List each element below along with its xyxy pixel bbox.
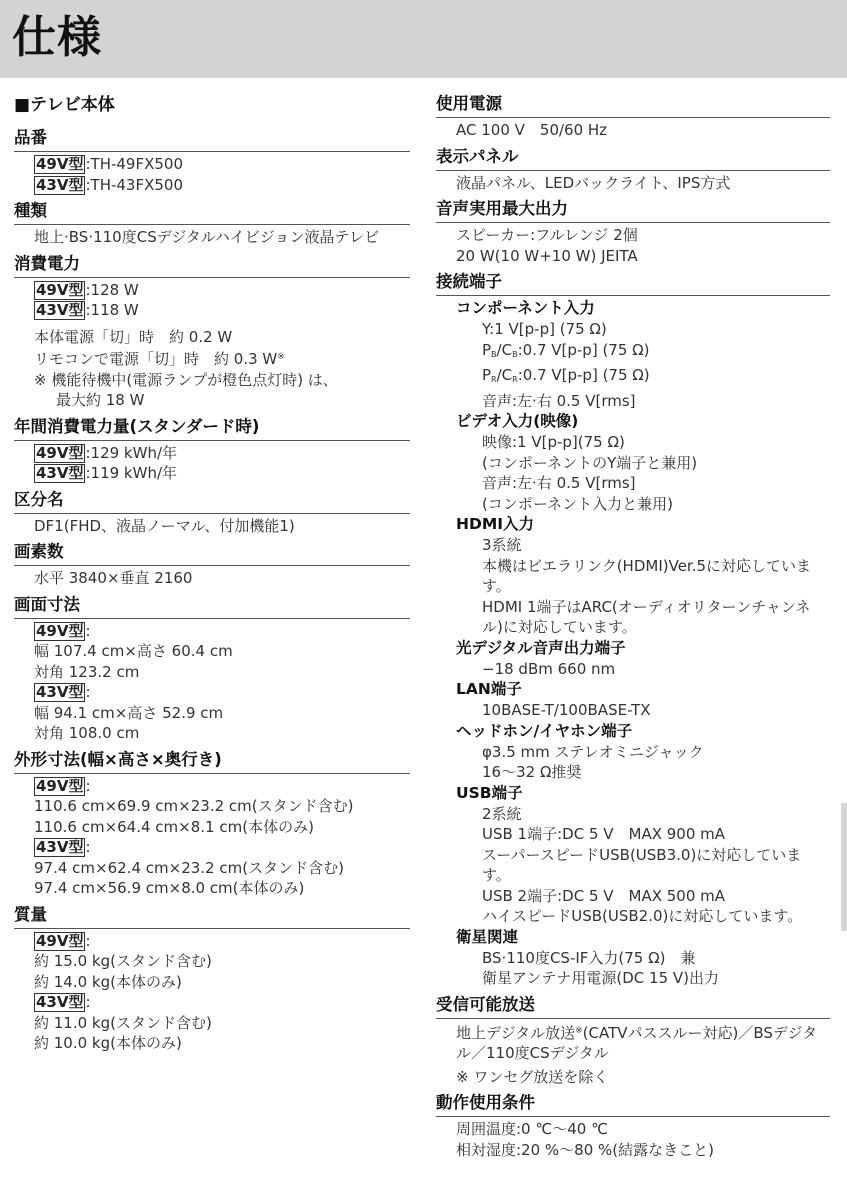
section-heading: 種類 <box>14 199 410 225</box>
spec-row: 49V型:129 kWh/年 <box>34 443 410 464</box>
model-badge: 49V型 <box>34 777 85 796</box>
spec-row: 43V型:119 kWh/年 <box>34 463 410 484</box>
spec-value: 16〜32 Ω推奨 <box>482 762 830 783</box>
footnote: ※ ワンセグ放送を除く <box>456 1067 830 1088</box>
footnote-mark: ※ <box>575 1026 583 1036</box>
spec-value: 周囲温度:0 ℃〜40 ℃ <box>456 1119 830 1140</box>
colon: : <box>85 622 90 640</box>
section-heading: 受信可能放送 <box>436 993 830 1019</box>
spec-value: 10BASE-T/100BASE-TX <box>482 700 830 721</box>
spec-value: USB 2端子:DC 5 V MAX 500 mA <box>482 886 830 907</box>
section-power-source: 使用電源 AC 100 V 50/60 Hz <box>436 92 830 141</box>
colon: : <box>85 993 90 1011</box>
spec-row: 49V型:128 W <box>34 280 410 301</box>
text: :0.7 V[p-p] (75 Ω) <box>518 366 650 384</box>
side-index-tab <box>841 803 847 931</box>
spec-value: 本機はビエラリンク(HDMI)Ver.5に対応しています。 <box>482 556 830 597</box>
section-heading: 年間消費電力量(スタンダード時) <box>14 415 410 441</box>
model-label-row: 49V型: <box>34 621 410 642</box>
section-operating-conditions: 動作使用条件 周囲温度:0 ℃〜40 ℃ 相対湿度:20 %〜80 %(結露なき… <box>436 1091 830 1160</box>
subheading-satellite: 衛星関連 <box>436 927 830 948</box>
model-label-row: 49V型: <box>34 931 410 952</box>
text: P <box>482 341 491 359</box>
spec-value: 幅 94.1 cm×高さ 52.9 cm <box>34 703 410 724</box>
footnote: ※ 機能待機中(電源ランプが橙色点灯時) は、 <box>34 370 410 391</box>
spec-value: :119 kWh/年 <box>85 464 177 482</box>
page-title: 仕様 <box>12 10 102 66</box>
spec-value: 水平 3840×垂直 2160 <box>34 568 410 589</box>
standby-remote-text: リモコンで電源「切」時 約 0.3 W <box>34 350 277 368</box>
spec-value: BS·110度CS-IF入力(75 Ω) 兼 <box>482 948 830 969</box>
spec-value: −18 dBm 660 nm <box>482 659 830 680</box>
spec-value: φ3.5 mm ステレオミニジャック <box>482 742 830 763</box>
subheading-hdmi: HDMI入力 <box>436 514 830 535</box>
model-badge: 43V型 <box>34 838 85 857</box>
section-screen-size: 画面寸法 49V型: 幅 107.4 cm×高さ 60.4 cm 対角 123.… <box>14 593 410 744</box>
model-badge: 49V型 <box>34 155 85 174</box>
section-heading: 外形寸法(幅×高さ×奥行き) <box>14 748 410 774</box>
model-label-row: 43V型: <box>34 682 410 703</box>
footnote-mark: ※ <box>277 352 285 362</box>
subheading-usb: USB端子 <box>436 783 830 804</box>
section-weight: 質量 49V型: 約 15.0 kg(スタンド含む) 約 14.0 kg(本体の… <box>14 903 410 1054</box>
model-badge: 43V型 <box>34 993 85 1012</box>
spec-value: 幅 107.4 cm×高さ 60.4 cm <box>34 641 410 662</box>
spec-value: HDMI 1端子はARC(オーディオリターンチャンネル)に対応しています。 <box>482 597 830 638</box>
section-heading: 画素数 <box>14 540 410 566</box>
section-heading: 消費電力 <box>14 252 410 278</box>
spec-value: スピーカー:フルレンジ 2個 <box>456 225 830 246</box>
section-heading: 表示パネル <box>436 145 830 171</box>
spec-value: 3系統 <box>482 535 830 556</box>
section-pixels: 画素数 水平 3840×垂直 2160 <box>14 540 410 589</box>
spec-value: (コンポーネントのY端子と兼用) <box>482 453 830 474</box>
section-heading: 使用電源 <box>436 92 830 118</box>
model-label-row: 43V型: <box>34 837 410 858</box>
spec-value: スーパースピードUSB(USB3.0)に対応しています。 <box>482 845 830 886</box>
text: P <box>482 366 491 384</box>
model-badge: 49V型 <box>34 444 85 463</box>
page-header: 仕様 <box>0 0 847 78</box>
model-badge: 43V型 <box>34 301 85 320</box>
spec-value: 音声:左·右 0.5 V[rms] <box>482 391 830 412</box>
spec-value: 97.4 cm×56.9 cm×8.0 cm(本体のみ) <box>34 878 410 899</box>
section-heading: 品番 <box>14 126 410 152</box>
spec-value: 対角 123.2 cm <box>34 662 410 683</box>
spec-value: 約 14.0 kg(本体のみ) <box>34 972 410 993</box>
model-label-row: 43V型: <box>34 992 410 1013</box>
text: /C <box>497 341 513 359</box>
model-badge: 43V型 <box>34 683 85 702</box>
spec-value: Y:1 V[p-p] (75 Ω) <box>482 319 830 340</box>
footnote-continued: 最大約 18 W <box>34 390 410 411</box>
spec-value: 2系統 <box>482 804 830 825</box>
spec-value: 音声:左·右 0.5 V[rms] <box>482 473 830 494</box>
text: 地上デジタル放送 <box>456 1024 575 1042</box>
spec-value: 約 11.0 kg(スタンド含む) <box>34 1013 410 1034</box>
spec-value: DF1(FHD、液晶ノーマル、付加機能1) <box>34 516 410 537</box>
spec-row: 49V型:TH-49FX500 <box>34 154 410 175</box>
section-heading: 区分名 <box>14 488 410 514</box>
spec-value: AC 100 V 50/60 Hz <box>456 120 830 141</box>
model-badge: 49V型 <box>34 281 85 300</box>
spec-value: (コンポーネント入力と兼用) <box>482 494 830 515</box>
section-heading: 動作使用条件 <box>436 1091 830 1117</box>
section-heading: 画面寸法 <box>14 593 410 619</box>
section-broadcast: 受信可能放送 地上デジタル放送※(CATVパススルー対応)／BSデジタル／110… <box>436 993 830 1088</box>
section-display-panel: 表示パネル 液晶パネル、LEDバックライト、IPS方式 <box>436 145 830 194</box>
section-heading: 接続端子 <box>436 270 830 296</box>
subheading-headphone: ヘッドホン/イヤホン端子 <box>436 721 830 742</box>
spec-row: 43V型:118 W <box>34 300 410 321</box>
right-column: 使用電源 AC 100 V 50/60 Hz 表示パネル 液晶パネル、LEDバッ… <box>436 92 830 1164</box>
text: :0.7 V[p-p] (75 Ω) <box>518 341 650 359</box>
standby-main-power: 本体電源「切」時 約 0.2 W <box>34 327 410 348</box>
subheading-video: ビデオ入力(映像) <box>436 411 830 432</box>
model-badge: 43V型 <box>34 176 85 195</box>
spec-value: :118 W <box>85 301 138 319</box>
model-badge: 49V型 <box>34 932 85 951</box>
spec-value: :TH-43FX500 <box>85 176 183 194</box>
spec-value: 20 W(10 W+10 W) JEITA <box>456 246 830 267</box>
spec-value: 映像:1 V[p-p](75 Ω) <box>482 432 830 453</box>
spec-value: 液晶パネル、LEDバックライト、IPS方式 <box>456 173 830 194</box>
spec-value: 相対湿度:20 %〜80 %(結露なきこと) <box>456 1140 830 1161</box>
spec-value: :TH-49FX500 <box>85 155 183 173</box>
spec-value: 衛星アンテナ用電源(DC 15 V)出力 <box>482 968 830 989</box>
spec-value: :129 kWh/年 <box>85 444 177 462</box>
section-category: 区分名 DF1(FHD、液晶ノーマル、付加機能1) <box>14 488 410 537</box>
colon: : <box>85 777 90 795</box>
subheading-lan: LAN端子 <box>436 679 830 700</box>
spec-value: 約 10.0 kg(本体のみ) <box>34 1033 410 1054</box>
spec-value: USB 1端子:DC 5 V MAX 900 mA <box>482 824 830 845</box>
subheading-component: コンポーネント入力 <box>436 298 830 319</box>
model-badge: 43V型 <box>34 464 85 483</box>
section-type: 種類 地上·BS·110度CSデジタルハイビジョン液晶テレビ <box>14 199 410 248</box>
model-badge: 49V型 <box>34 622 85 641</box>
spec-value: 約 15.0 kg(スタンド含む) <box>34 951 410 972</box>
spec-value: 対角 108.0 cm <box>34 723 410 744</box>
colon: : <box>85 683 90 701</box>
spec-value-pb: PB/CB:0.7 V[p-p] (75 Ω) <box>482 340 830 366</box>
subheading-optical: 光デジタル音声出力端子 <box>436 638 830 659</box>
spec-value: ハイスピードUSB(USB2.0)に対応しています。 <box>482 906 830 927</box>
section-heading: 音声実用最大出力 <box>436 197 830 223</box>
section-audio-output: 音声実用最大出力 スピーカー:フルレンジ 2個 20 W(10 W+10 W) … <box>436 197 830 266</box>
spec-value: 110.6 cm×69.9 cm×23.2 cm(スタンド含む) <box>34 796 410 817</box>
section-power-consumption: 消費電力 49V型:128 W 43V型:118 W 本体電源「切」時 約 0.… <box>14 252 410 411</box>
spec-value: :128 W <box>85 281 138 299</box>
spec-value: 97.4 cm×62.4 cm×23.2 cm(スタンド含む) <box>34 858 410 879</box>
standby-remote-power: リモコンで電源「切」時 約 0.3 W※ <box>34 347 410 370</box>
section-model-number: 品番 49V型:TH-49FX500 43V型:TH-43FX500 <box>14 126 410 195</box>
colon: : <box>85 932 90 950</box>
spec-value-pr: PR/CR:0.7 V[p-p] (75 Ω) <box>482 365 830 391</box>
section-dimensions: 外形寸法(幅×高さ×奥行き) 49V型: 110.6 cm×69.9 cm×23… <box>14 748 410 899</box>
text: /C <box>497 366 513 384</box>
spec-value: 地上·BS·110度CSデジタルハイビジョン液晶テレビ <box>34 227 410 248</box>
section-terminals: 接続端子 コンポーネント入力 Y:1 V[p-p] (75 Ω) PB/CB:0… <box>436 270 830 989</box>
left-column: ■テレビ本体 品番 49V型:TH-49FX500 43V型:TH-43FX50… <box>14 92 410 1058</box>
model-label-row: 49V型: <box>34 776 410 797</box>
spec-value: 110.6 cm×64.4 cm×8.1 cm(本体のみ) <box>34 817 410 838</box>
section-annual-power: 年間消費電力量(スタンダード時) 49V型:129 kWh/年 43V型:119… <box>14 415 410 484</box>
colon: : <box>85 838 90 856</box>
spec-row: 43V型:TH-43FX500 <box>34 175 410 196</box>
spec-value: 地上デジタル放送※(CATVパススルー対応)／BSデジタル／110度CSデジタル <box>456 1021 830 1064</box>
section-heading: 質量 <box>14 903 410 929</box>
group-title-tv-body: ■テレビ本体 <box>14 92 410 118</box>
